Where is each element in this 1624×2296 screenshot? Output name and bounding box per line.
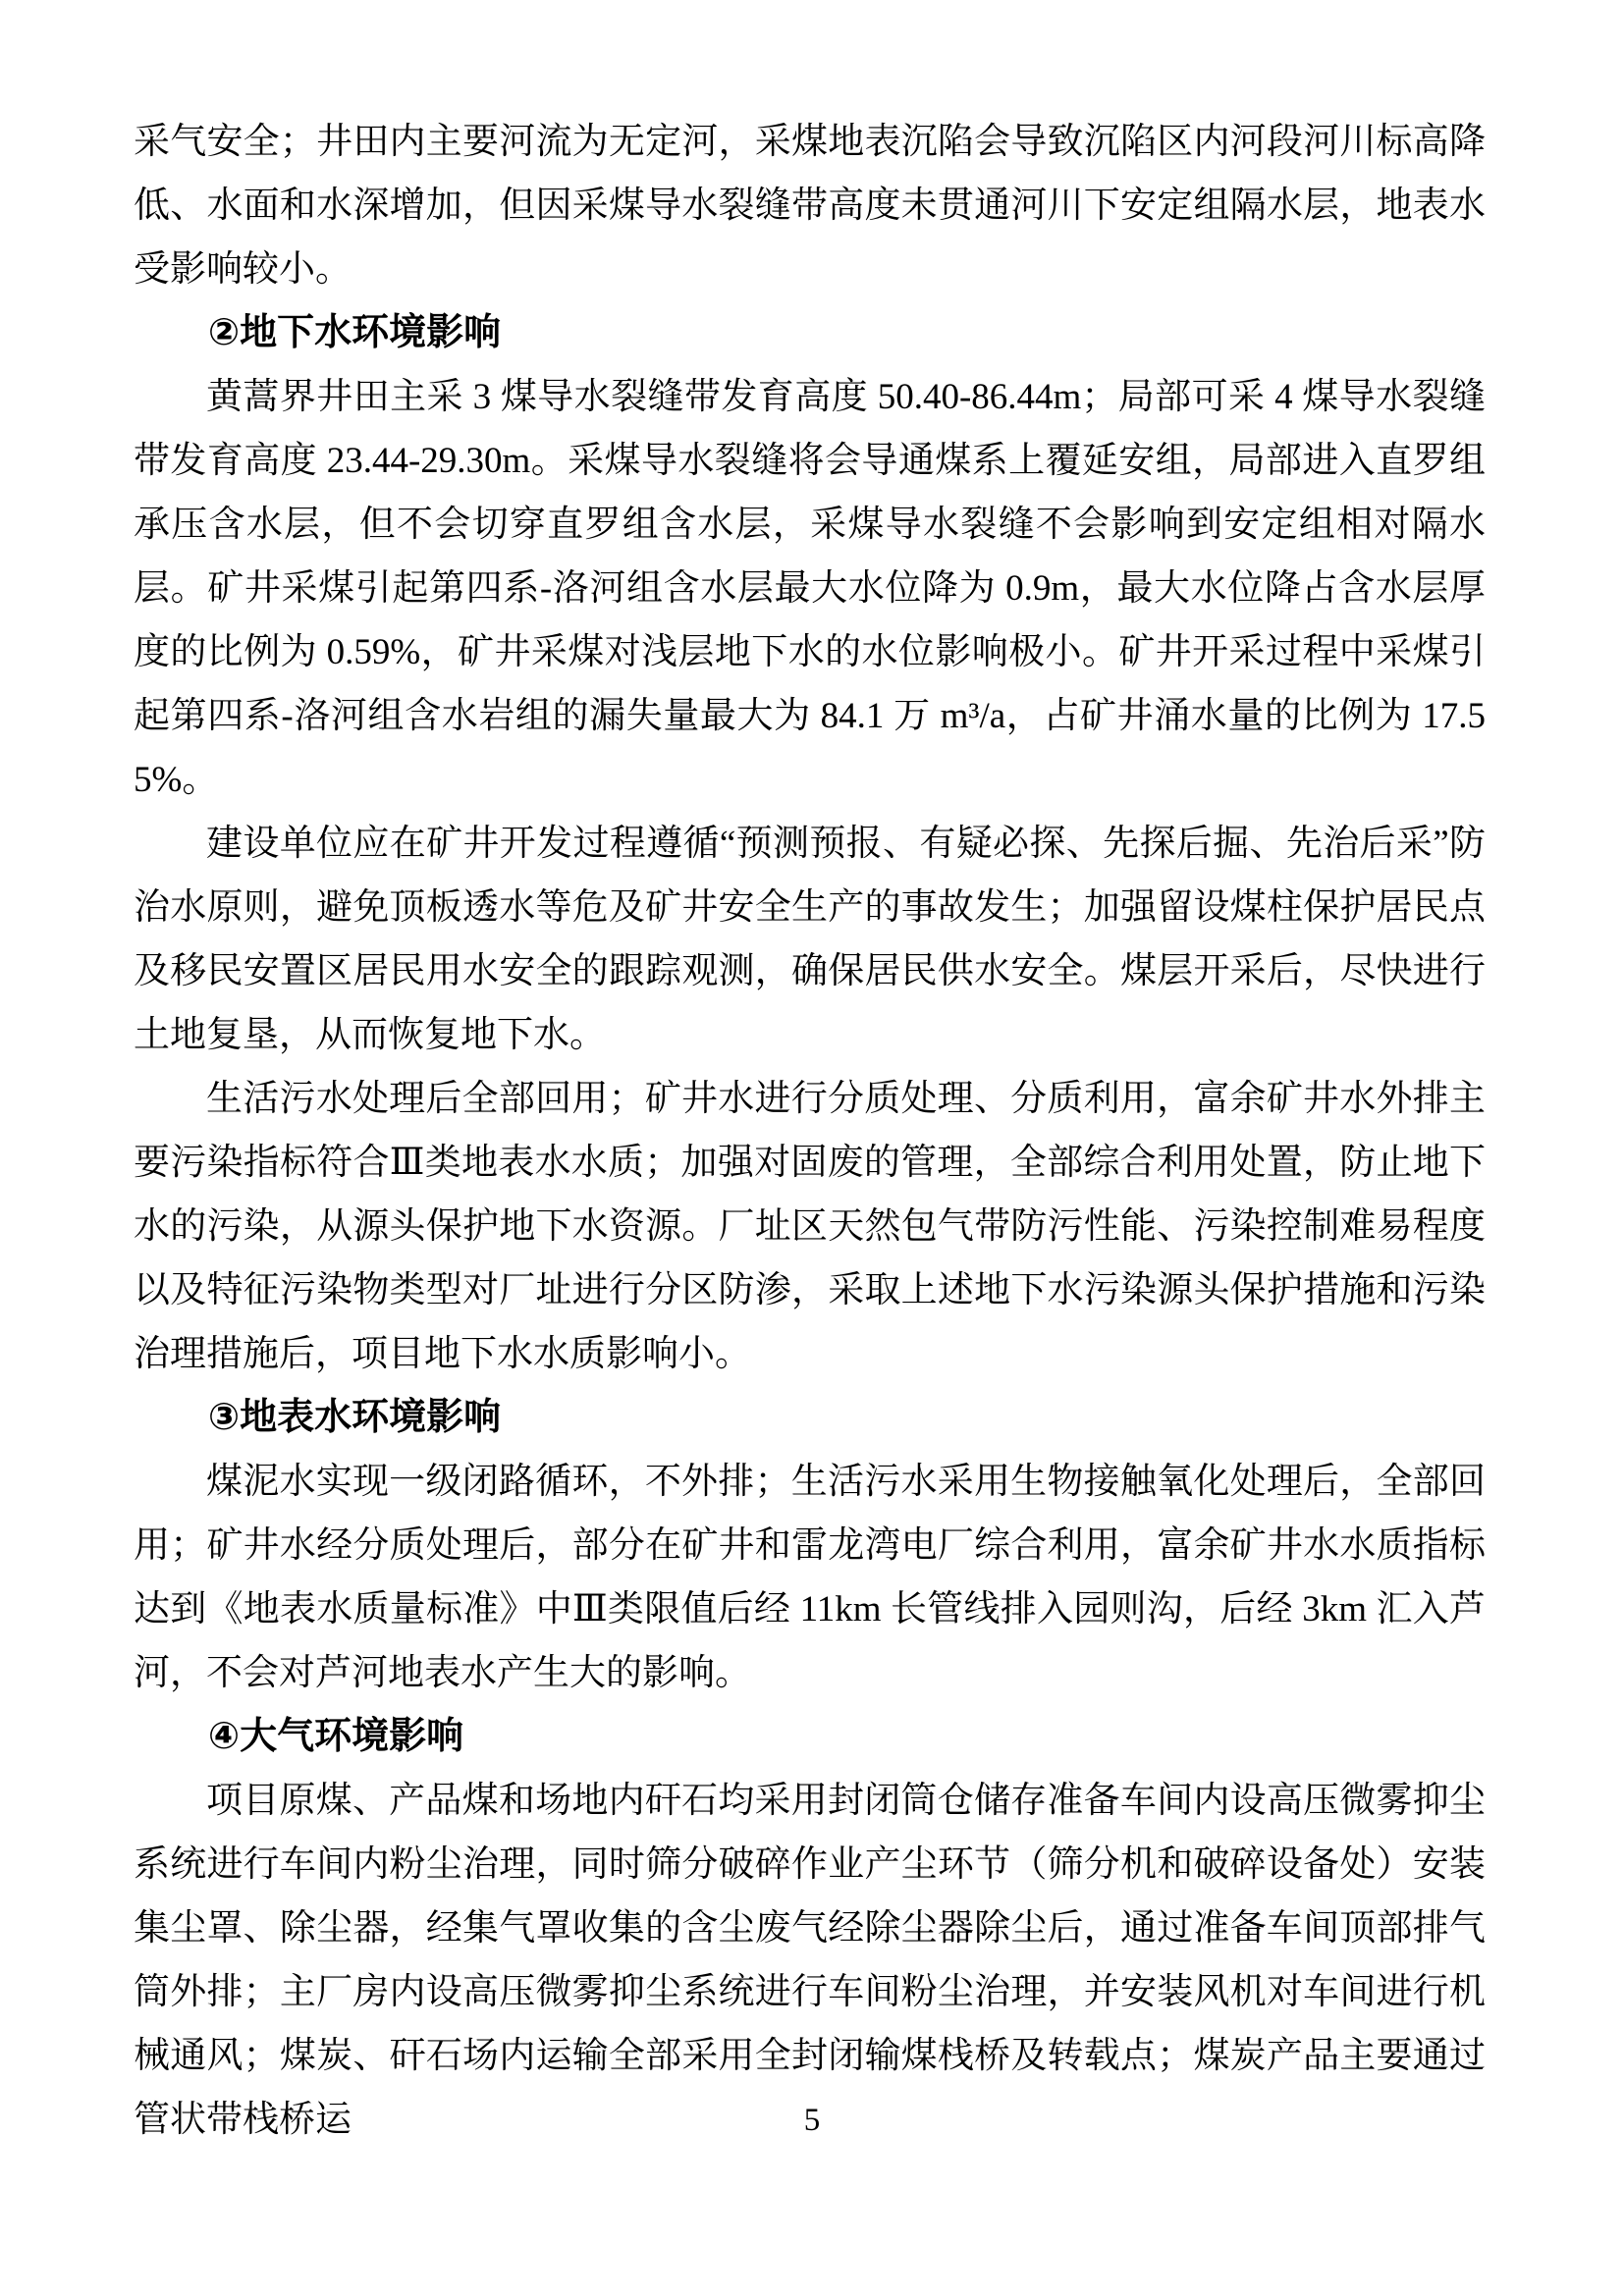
paragraph-surface-subsidence: 采气安全；井田内主要河流为无定河，采煤地表沉陷会导致沉陷区内河段河川标高降低、水… (134, 110, 1486, 301)
section-heading-groundwater-impact: ②地下水环境影响 (134, 301, 1486, 365)
paragraph-slime-water-circuit: 煤泥水实现一级闭路循环，不外排；生活污水采用生物接触氧化处理后，全部回用；矿井水… (134, 1450, 1486, 1705)
document-page: 采气安全；井田内主要河流为无定河，采煤地表沉陷会导致沉陷区内河段河川标高降低、水… (0, 0, 1624, 2296)
paragraph-fracture-zone: 黄蒿界井田主采 3 煤导水裂缝带发育高度 50.40-86.44m；局部可采 4… (134, 365, 1486, 812)
page-number: 5 (0, 2101, 1624, 2140)
paragraph-water-control-principles: 建设单位应在矿井开发过程遵循“预测预报、有疑必探、先探后掘、先治后采”防治水原则… (134, 812, 1486, 1067)
paragraph-dust-control: 项目原煤、产品煤和场地内矸石均采用封闭筒仓储存准备车间内设高压微雾抑尘系统进行车… (134, 1769, 1486, 2152)
section-heading-atmospheric-impact: ④大气环境影响 (134, 1705, 1486, 1769)
section-heading-surface-water-impact: ③地表水环境影响 (134, 1386, 1486, 1450)
paragraph-wastewater-reuse: 生活污水处理后全部回用；矿井水进行分质处理、分质利用，富余矿井水外排主要污染指标… (134, 1067, 1486, 1386)
